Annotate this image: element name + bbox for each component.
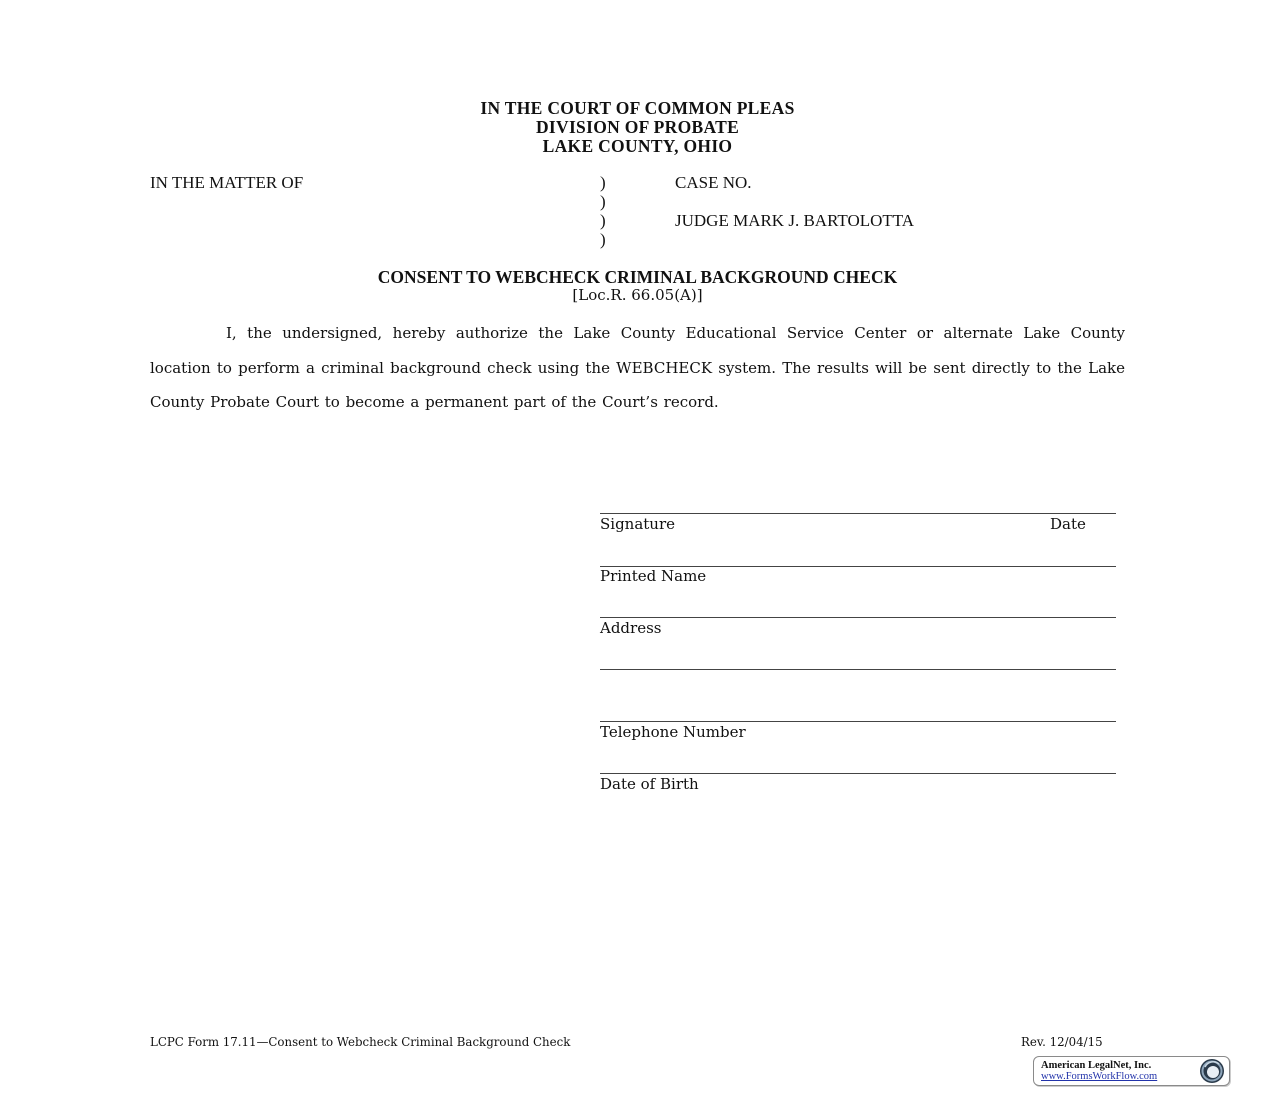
signature-label: Signature [600, 515, 675, 533]
caption-paren: ) [600, 173, 606, 193]
form-title: CONSENT TO WEBCHECK CRIMINAL BACKGROUND … [0, 267, 1275, 288]
address-line[interactable] [600, 617, 1116, 618]
badge-company-name: American LegalNet, Inc. [1041, 1060, 1151, 1071]
judge-label: JUDGE MARK J. BARTOLOTTA [675, 211, 914, 231]
address-label: Address [600, 619, 661, 637]
badge-url-link[interactable]: www.FormsWorkFlow.com [1041, 1071, 1157, 1082]
caption-paren: ) [600, 211, 606, 231]
caption-paren: ) [600, 230, 606, 250]
date-label: Date [1050, 515, 1086, 533]
telephone-line[interactable] [600, 721, 1116, 722]
caption-paren: ) [600, 192, 606, 212]
american-legalnet-badge[interactable]: American LegalNet, Inc. www.FormsWorkFlo… [1033, 1056, 1230, 1086]
consent-paragraph: I, the undersigned, hereby authorize the… [150, 316, 1125, 420]
form-identifier: LCPC Form 17.11—Consent to Webcheck Crim… [150, 1035, 570, 1049]
telephone-label: Telephone Number [600, 723, 746, 741]
court-name: IN THE COURT OF COMMON PLEAS [0, 98, 1275, 119]
signature-line[interactable] [600, 513, 1116, 514]
local-rule-reference: [Loc.R. 66.05(A)] [0, 286, 1275, 304]
globe-logo-icon [1199, 1058, 1225, 1084]
case-number-label: CASE NO. [675, 173, 752, 193]
matter-label: IN THE MATTER OF [150, 173, 303, 193]
revision-date: Rev. 12/04/15 [1021, 1035, 1103, 1049]
printed-name-label: Printed Name [600, 567, 706, 585]
date-of-birth-line[interactable] [600, 773, 1116, 774]
consent-text: I, the undersigned, hereby authorize the… [150, 324, 1125, 411]
address-line-2[interactable] [600, 669, 1116, 670]
court-county: LAKE COUNTY, OHIO [0, 136, 1275, 157]
court-division: DIVISION OF PROBATE [0, 117, 1275, 138]
date-of-birth-label: Date of Birth [600, 775, 699, 793]
